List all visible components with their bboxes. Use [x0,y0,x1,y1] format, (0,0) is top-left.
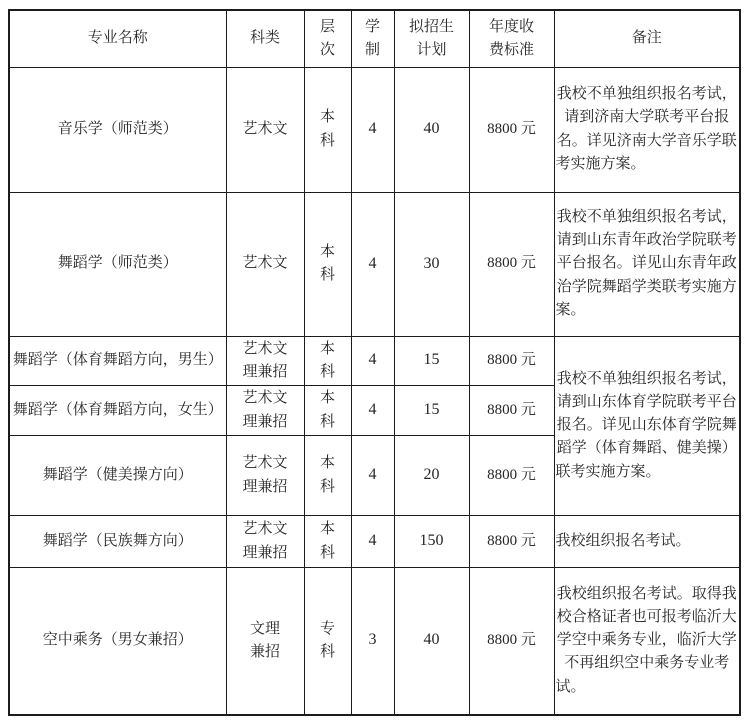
header-remarks: 备注 [554,10,740,67]
cell-level: 本 科 [304,67,351,192]
header-major: 专业名称 [9,10,226,67]
cell-category: 艺术文 理兼招 [226,336,304,386]
cell-category: 文理 兼招 [226,568,304,715]
header-fee: 年度收 费标准 [469,10,554,67]
table-row: 音乐学（师范类） 艺术文 本 科 4 40 8800 元 我校不单独组织报名考试… [9,67,740,192]
cell-remarks: 我校不单独组织报名考试，请到济南大学联考平台报名。详见济南大学音乐学联考实施方案… [554,67,740,192]
table-row: 舞蹈学（民族舞方向） 艺术文 理兼招 本 科 4 150 8800 元 我校组织… [9,516,740,568]
admission-plan-table: 专业名称 科类 层 次 学 制 拟招生 计划 年度收 费标准 备注 音乐学（师范… [8,9,741,716]
cell-plan: 20 [394,436,469,516]
cell-category: 艺术文 理兼招 [226,516,304,568]
cell-fee: 8800 元 [469,516,554,568]
header-duration: 学 制 [351,10,394,67]
cell-category: 艺术文 [226,192,304,336]
cell-category: 艺术文 理兼招 [226,436,304,516]
cell-plan: 150 [394,516,469,568]
cell-plan: 15 [394,336,469,386]
cell-fee: 8800 元 [469,192,554,336]
cell-fee: 8800 元 [469,67,554,192]
cell-major: 舞蹈学（体育舞蹈方向，男生） [9,336,226,386]
cell-remarks: 我校组织报名考试。取得我校合格证者也可报考临沂大学空中乘务专业，临沂大学不再组织… [554,568,740,715]
table-row: 空中乘务（男女兼招） 文理 兼招 专 科 3 40 8800 元 我校组织报名考… [9,568,740,715]
cell-major: 舞蹈学（健美操方向） [9,436,226,516]
table-row: 舞蹈学（师范类） 艺术文 本 科 4 30 8800 元 我校不单独组织报名考试… [9,192,740,336]
cell-duration: 4 [351,67,394,192]
cell-fee: 8800 元 [469,336,554,386]
cell-duration: 3 [351,568,394,715]
cell-fee: 8800 元 [469,568,554,715]
cell-category: 艺术文 理兼招 [226,386,304,436]
table-row: 舞蹈学（体育舞蹈方向，男生） 艺术文 理兼招 本 科 4 15 8800 元 我… [9,336,740,386]
header-plan: 拟招生 计划 [394,10,469,67]
cell-duration: 4 [351,192,394,336]
cell-major: 舞蹈学（民族舞方向） [9,516,226,568]
header-row: 专业名称 科类 层 次 学 制 拟招生 计划 年度收 费标准 备注 [9,10,740,67]
cell-major: 舞蹈学（体育舞蹈方向，女生） [9,386,226,436]
cell-remarks-merged: 我校不单独组织报名考试，请到山东体育学院联考平台报名。详见山东体育学院舞蹈学（体… [554,336,740,516]
cell-fee: 8800 元 [469,386,554,436]
cell-duration: 4 [351,436,394,516]
cell-category: 艺术文 [226,67,304,192]
header-category: 科类 [226,10,304,67]
cell-plan: 40 [394,67,469,192]
cell-duration: 4 [351,336,394,386]
header-level: 层 次 [304,10,351,67]
document-page: 专业名称 科类 层 次 学 制 拟招生 计划 年度收 费标准 备注 音乐学（师范… [0,0,747,721]
cell-level: 本 科 [304,336,351,386]
cell-level: 本 科 [304,516,351,568]
cell-plan: 15 [394,386,469,436]
cell-remarks: 我校组织报名考试。 [554,516,740,568]
cell-remarks: 我校不单独组织报名考试，请到山东青年政治学院联考平台报名。详见山东青年政治学院舞… [554,192,740,336]
cell-major: 舞蹈学（师范类） [9,192,226,336]
cell-major: 空中乘务（男女兼招） [9,568,226,715]
cell-level: 专 科 [304,568,351,715]
cell-duration: 4 [351,516,394,568]
cell-plan: 30 [394,192,469,336]
cell-major: 音乐学（师范类） [9,67,226,192]
cell-level: 本 科 [304,192,351,336]
cell-fee: 8800 元 [469,436,554,516]
cell-plan: 40 [394,568,469,715]
cell-duration: 4 [351,386,394,436]
cell-level: 本 科 [304,386,351,436]
cell-level: 本 科 [304,436,351,516]
